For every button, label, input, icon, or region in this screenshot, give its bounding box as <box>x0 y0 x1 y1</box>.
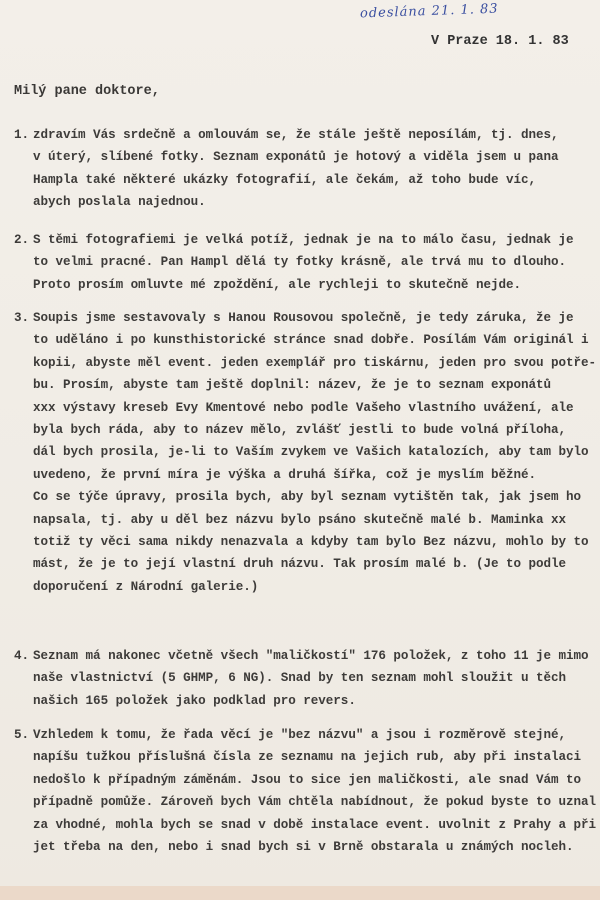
paragraph-5: 5.Vzhledem k tomu, že řada věcí je "bez … <box>14 724 600 858</box>
text-line: uvedeno, že první míra je výška a druhá … <box>14 464 600 486</box>
text-line: dál bych prosila, je-li to Vaším zvykem … <box>14 441 600 463</box>
text-line: v úterý, slíbené fotky. Seznam exponátů … <box>14 146 600 168</box>
paragraph-number: 2. <box>14 229 33 251</box>
handwritten-note: odeslána 21. 1. 83 <box>360 2 499 22</box>
text-line: Seznam má nakonec včetně všech "maličkos… <box>33 649 589 663</box>
paragraph-3: 3.Soupis jsme sestavovaly s Hanou Rousov… <box>14 307 600 598</box>
text-line: kopii, abyste měl event. jeden exemplář … <box>14 352 600 374</box>
text-line: Proto prosím omluvte mé zpoždění, ale ry… <box>14 274 600 296</box>
text-line: nedošlo k případným záměnám. Jsou to sic… <box>14 769 600 791</box>
text-line: naše vlastnictví (5 GHMP, 6 NG). Snad by… <box>14 667 600 689</box>
paragraph-number: 4. <box>14 645 33 667</box>
text-line: Soupis jsme sestavovaly s Hanou Rousovou… <box>33 311 574 325</box>
paragraph-number: 5. <box>14 724 33 746</box>
text-line: napsala, tj. aby u děl bez názvu bylo ps… <box>14 509 600 531</box>
paragraph-number: 3. <box>14 307 33 329</box>
text-line: Co se týče úpravy, prosila bych, aby byl… <box>14 486 600 508</box>
dateline: V Praze 18. 1. 83 <box>431 34 569 49</box>
letter-page: odeslána 21. 1. 83 V Praze 18. 1. 83 Mil… <box>0 0 600 900</box>
text-line: případně pomůže. Zároveň bych Vám chtěla… <box>14 791 600 813</box>
text-line: Vzhledem k tomu, že řada věcí je "bez ná… <box>33 728 566 742</box>
paragraph-2: 2.S těmi fotografiemi je velká potíž, je… <box>14 229 600 296</box>
text-line: našich 165 položek jako podklad pro reve… <box>14 690 600 712</box>
paragraph-number: 1. <box>14 124 33 146</box>
text-line: xxx výstavy kreseb Evy Kmentové nebo pod… <box>14 397 600 419</box>
text-line: to uděláno i po kunsthistorické stránce … <box>14 329 600 351</box>
text-line: abych poslala najednou. <box>14 191 600 213</box>
text-line: to velmi pracné. Pan Hampl dělá ty fotky… <box>14 251 600 273</box>
paragraph-4: 4.Seznam má nakonec včetně všech "maličk… <box>14 645 600 712</box>
text-line: mást, že je to její vlastní druh názvu. … <box>14 553 600 575</box>
text-line: S těmi fotografiemi je velká potíž, jedn… <box>33 233 574 247</box>
text-line: Hampla také některé ukázky fotografií, a… <box>14 169 600 191</box>
text-line: totiž ty věci sama nikdy nenazvala a kdy… <box>14 531 600 553</box>
text-line: bu. Prosím, abyste tam ještě doplnil: ná… <box>14 374 600 396</box>
paragraph-1: 1.zdravím Vás srdečně a omlouvám se, že … <box>14 124 600 214</box>
text-line: jet třeba na den, nebo i snad bych si v … <box>14 836 600 858</box>
text-line: byla bych ráda, aby to název mělo, zvláš… <box>14 419 600 441</box>
text-line: za vhodné, mohla bych se snad v době ins… <box>14 814 600 836</box>
text-line: napíšu tužkou příslušná čísla ze seznamu… <box>14 746 600 768</box>
text-line: zdravím Vás srdečně a omlouvám se, že st… <box>33 128 559 142</box>
salutation: Milý pane doktore, <box>14 84 160 99</box>
text-line: doporučení z Národní galerie.) <box>14 576 600 598</box>
